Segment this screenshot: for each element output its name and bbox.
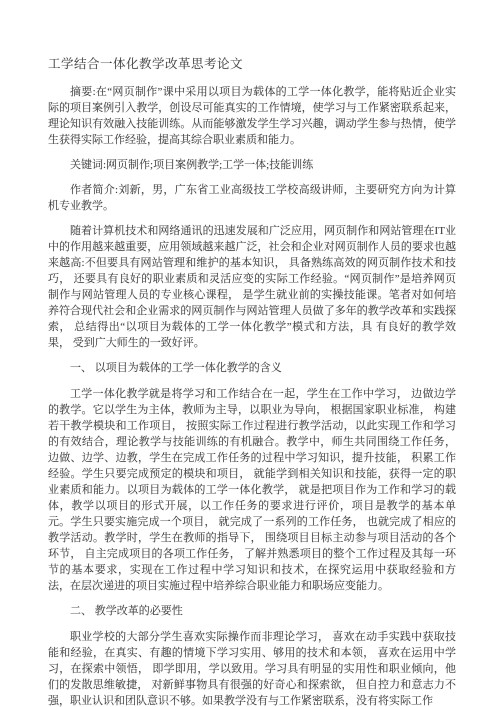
author-bio: 作者简介:刘新，男，广东省工业高级技工学校高级讲师，主要研究方向为计算机专业教学… — [48, 182, 456, 214]
section-2-body: 职业学校的大部分学生喜欢实际操作而非理论学习， 喜欢在动手实践中获取技能和经验，… — [48, 629, 456, 707]
paper-title: 工学结合一体化教学改革思考论文 — [48, 56, 456, 72]
section-2-heading: 二、 教学改革的必要性 — [48, 603, 456, 619]
abstract-paragraph: 摘要:在“网页制作”课中采用以项目为载体的工学一体化教学，能将贴近企业实际的项目… — [48, 84, 456, 148]
keywords-line: 关键词:网页制作;项目案例教学;工学一体;技能训练 — [48, 157, 456, 173]
intro-paragraph: 随着计算机技术和网络通讯的迅速发展和广泛应用，网页制作和网站管理在IT业中的作用… — [48, 223, 456, 351]
document-page: 工学结合一体化教学改革思考论文 摘要:在“网页制作”课中采用以项目为载体的工学一… — [0, 0, 500, 707]
section-1-body: 工学一体化教学就是将学习和工作结合在一起，学生在工作中学习， 边做边学的教学。它… — [48, 386, 456, 594]
section-1-heading: 一、 以项目为载体的工学一体化教学的含义 — [48, 360, 456, 376]
